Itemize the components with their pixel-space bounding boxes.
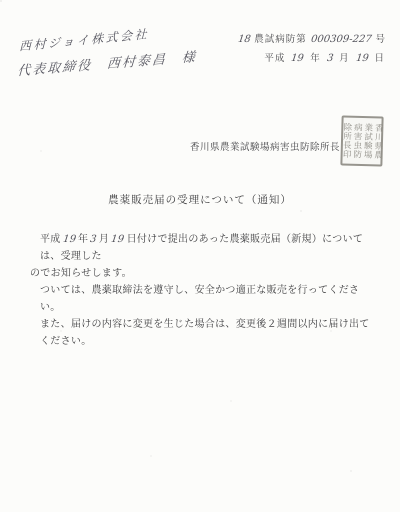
addressee-block: 西村ジョイ株式会社 代表取締役 西村泰昌 様 <box>19 25 198 78</box>
doc-number-office-code: 農試病防第 <box>254 34 307 45</box>
body-p1-year: 19 <box>62 231 77 248</box>
body-p1-year-unit: 年 <box>78 234 88 245</box>
body-text: 平成19年3月19日付けで提出のあった農薬販売届（新規）については、受理した の… <box>30 231 378 350</box>
sender-title: 香川県農業試験場病害虫防除所長 <box>190 139 340 153</box>
addressee-recipient: 代表取締役 西村泰昌 様 <box>17 51 197 78</box>
scan-noise <box>0 0 2 2</box>
body-p1-day: 19 <box>110 231 125 248</box>
doc-number-serial: 000309-227 <box>310 30 373 49</box>
body-p1-text: 日付けで提出のあった農薬販売届（新規）については、受理した <box>40 234 363 262</box>
date-era: 平成 <box>264 53 285 64</box>
date-day: 19 <box>355 49 370 68</box>
body-paragraph-1-line-2: のでお知らせします。 <box>30 265 378 282</box>
body-p1-era: 平成 <box>40 234 61 245</box>
body-p1-month-unit: 月 <box>99 234 109 245</box>
body-paragraph-1-line-1: 平成19年3月19日付けで提出のあった農薬販売届（新規）については、受理した <box>30 231 378 265</box>
official-seal-stamp-icon: 香川県農業試験場病害虫防除所長印 <box>340 115 383 166</box>
doc-number-suffix: 号 <box>375 34 386 45</box>
document-date-line: 平成 19 年 3 月 19 日 <box>238 49 387 68</box>
document-number-block: 18 農試病防第 000309-227 号 平成 19 年 3 月 19 日 <box>238 30 387 68</box>
date-month-unit: 月 <box>339 53 350 64</box>
subject-title: 農薬販売届の受理について（通知） <box>0 192 400 207</box>
addressee-company: 西村ジョイ株式会社 <box>19 24 195 53</box>
body-paragraph-2: ついては、農薬取締法を遵守し、安全かつ適正な販売を行ってください。 <box>30 282 378 316</box>
document-page: 西村ジョイ株式会社 代表取締役 西村泰昌 様 18 農試病防第 000309-2… <box>0 0 400 512</box>
document-number-line: 18 農試病防第 000309-227 号 <box>238 30 387 49</box>
body-paragraph-3: また、届けの内容に変更を生じた場合は、変更後２週間以内に届け出てください。 <box>30 316 378 350</box>
doc-number-year-prefix: 18 <box>236 30 251 49</box>
date-month: 3 <box>326 49 335 68</box>
body-p1-month: 3 <box>89 231 98 248</box>
date-year-unit: 年 <box>310 53 321 64</box>
date-day-unit: 日 <box>374 53 385 64</box>
seal-text: 香川県農業試験場病害虫防除所長印 <box>340 118 383 163</box>
date-year: 19 <box>290 49 305 68</box>
